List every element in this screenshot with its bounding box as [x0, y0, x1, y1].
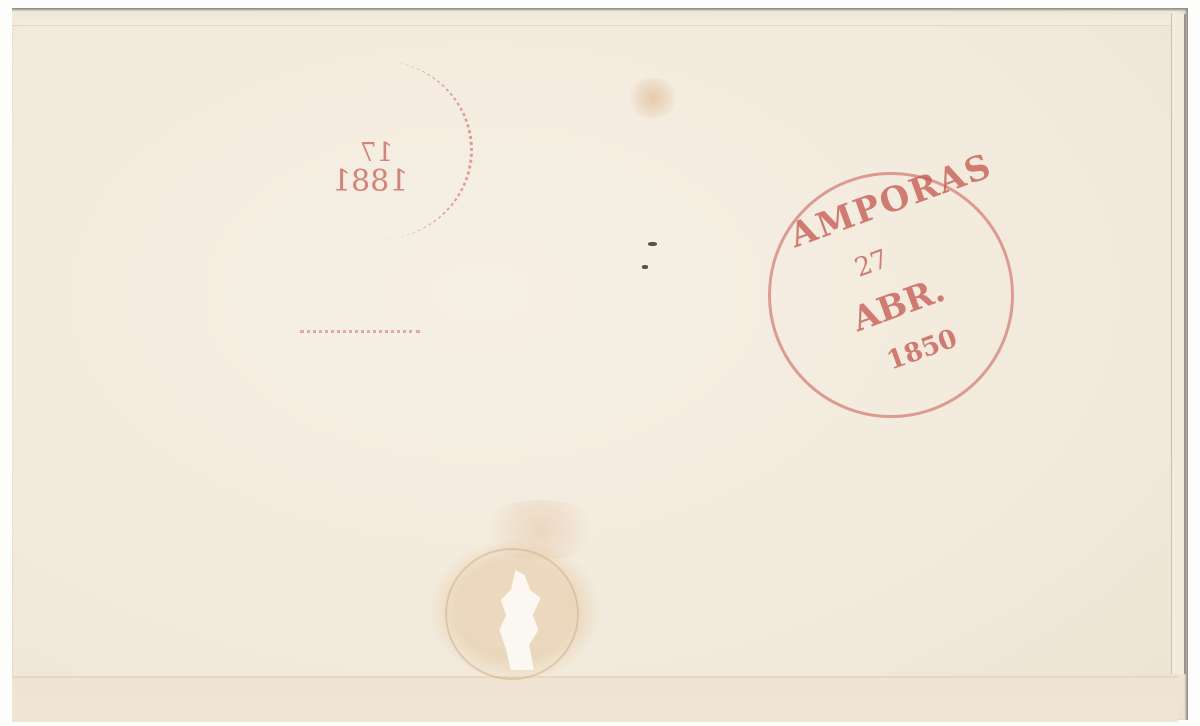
right-fold: [1171, 14, 1186, 674]
postmark-year: 1850: [883, 324, 961, 377]
postmark-day: 27: [851, 244, 892, 284]
left-postmark-line2: 1881: [332, 164, 408, 199]
left-postmark: 17 1881: [280, 60, 473, 240]
top-fold: [12, 11, 1180, 26]
right-postmark: AMPORAS 27 ABR. 1850: [768, 172, 1014, 418]
postmark-fragment: [300, 300, 420, 333]
letter-sheet: [12, 8, 1188, 720]
foxing-stain: [628, 78, 678, 118]
ink-speck: [642, 265, 648, 269]
ink-speck: [648, 242, 657, 246]
bottom-flap: [12, 676, 1178, 722]
